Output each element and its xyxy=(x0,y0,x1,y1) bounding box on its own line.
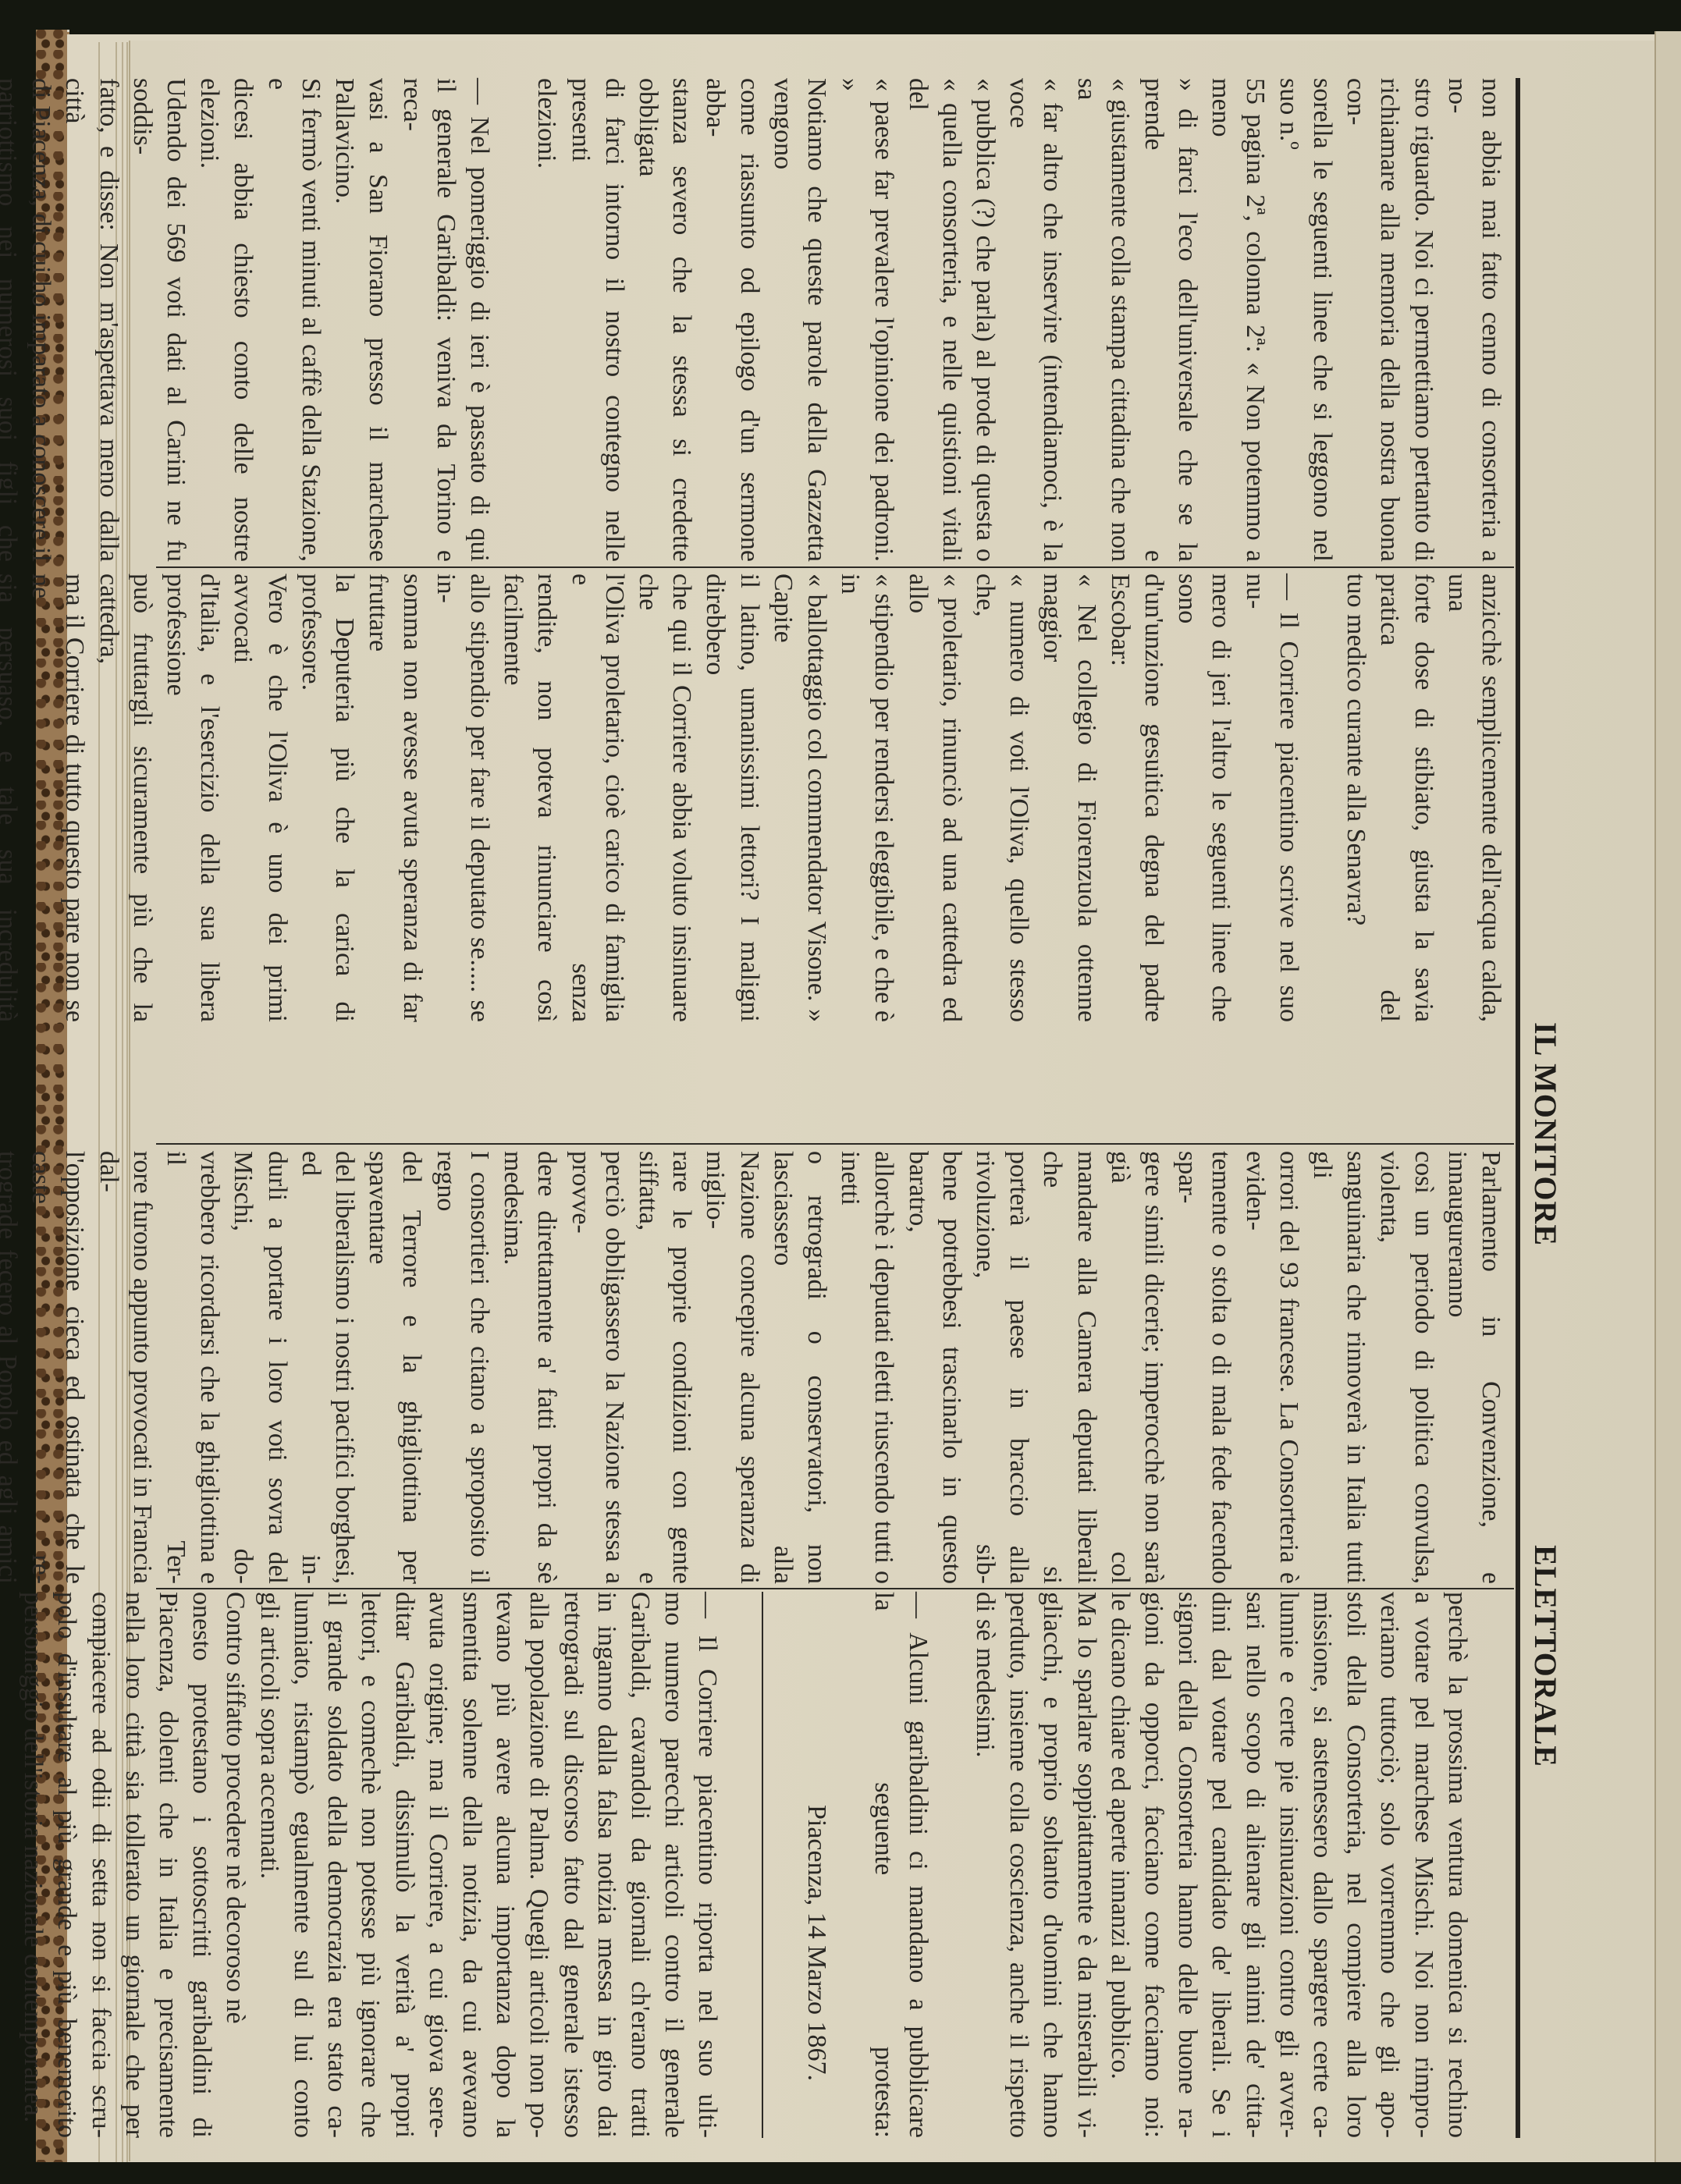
rotated-newspaper-sheet: IL MONITORE ELETTORALE non abbia mai fat… xyxy=(133,47,1569,2154)
running-header: IL MONITORE ELETTORALE xyxy=(1522,78,1569,2138)
text-line: — Nel pomeriggio di ieri è passato di qu… xyxy=(463,78,496,562)
text-line: sari nello scopo di alienare gli animi d… xyxy=(1238,1592,1271,2138)
text-line: orrori del 93 francese. La Consorteria è… xyxy=(1238,1151,1305,1584)
column-4-protest: — Il Corriere piacentino riporta nel suo… xyxy=(16,1592,724,2138)
text-line: sia persuaso, e tale sua incredulità vor… xyxy=(0,574,24,1022)
text-line: Piacenza, dolenti che in Italia e precis… xyxy=(151,1592,185,2138)
text-line: a votare pel marchese Mischi. Noi non ri… xyxy=(1406,1592,1440,2138)
column-3: Parlamento in Convenzione, e innaugurera… xyxy=(0,1151,1508,1584)
text-line: fatto, e disse: Non m'aspettava meno dal… xyxy=(58,78,125,562)
text-line: « quella consorteria, e nelle quistioni … xyxy=(901,78,968,562)
text-line: anzicchè semplicemente dell'acqua calda,… xyxy=(1441,574,1508,1022)
text-line: lunniato, ristampò egualmente sul di lui… xyxy=(286,1592,320,2138)
text-line: retrogradi sul discorso fatto dal genera… xyxy=(556,1592,589,2138)
text-line: in inganno dalla falsa notizia messa in … xyxy=(590,1592,624,2138)
text-line: gliacchi, e proprio soltanto d'uomini ch… xyxy=(1036,1592,1069,2138)
text-line: elezioni. xyxy=(530,78,563,562)
text-line: ditar Garibaldi, dissimulò la verità a' … xyxy=(387,1592,421,2138)
text-line: nella loro città sia tollerato un giorna… xyxy=(118,1592,151,2138)
text-line: Nazione concepire alcuna speranza di mig… xyxy=(698,1151,766,1584)
text-line: « pubblica (?) che parla) al prode di qu… xyxy=(968,78,1002,562)
text-line: lettori, e comechè non potesse più ignor… xyxy=(354,1592,387,2138)
text-line: il grande soldato della democrazia era s… xyxy=(320,1592,354,2138)
text-line: d'Italia, e l'esercizio della sua libera… xyxy=(159,574,226,1022)
text-line: Vero è che l'Oliva è uno dei primi avvoc… xyxy=(226,574,293,1022)
text-line: il latino, umanissimi lettori? I maligni… xyxy=(698,574,766,1022)
text-line: « paese far prevalere l'opinione dei pad… xyxy=(833,78,901,562)
text-line: — Il Corriere piacentino riporta nel suo… xyxy=(691,1592,724,2138)
column-4: perchè la prossima ventura domenica si r… xyxy=(0,1592,1508,2138)
text-line: ma il Corriere di tutto questo pare non … xyxy=(24,574,91,1022)
dateline: Piacenza, 14 Marzo 1867. xyxy=(800,1592,833,2138)
text-line: smentita solenne della notizia, da cui a… xyxy=(455,1592,489,2138)
column-rule xyxy=(156,566,1514,568)
text-line: — Alcuni garibaldini ci mandano a pubbli… xyxy=(901,1592,934,2138)
text-line: gioni da opporci, facciano come facciamo… xyxy=(1137,1592,1171,2138)
text-line xyxy=(496,78,530,562)
text-line: gere simili dicerie; imperocchè non sarà… xyxy=(1103,1151,1171,1584)
text-line: mo numero parecchi articoli contro il ge… xyxy=(657,1592,691,2138)
text-line: avuta origine; ma il Corriere, a cui gio… xyxy=(421,1592,455,2138)
text-line: perduto, insieme colla coscienza, anche … xyxy=(1002,1592,1036,2138)
text-line: vasi a San Fiorano presso il marchese Pa… xyxy=(328,78,395,562)
text-line: Udendo dei 569 voti dati al Carini ne fu… xyxy=(126,78,193,562)
text-line: sanguinaria che rinnoverà in Italia tutt… xyxy=(1306,1151,1373,1584)
text-line: perchè la prossima ventura domenica si r… xyxy=(1441,1592,1474,2138)
text-line: « ballottaggio col commendator Visone. »… xyxy=(766,574,833,1022)
text-line: o retrogradi o conservatori, non lascias… xyxy=(766,1151,833,1584)
text-line: Parlamento in Convenzione, e innaugurera… xyxy=(1441,1151,1508,1584)
text-line: compiacere ad odii di setta non si facci… xyxy=(84,1592,117,2138)
text-line: d'un'unzione gesuitica degna del padre E… xyxy=(1103,574,1171,1022)
text-line: stanza severo che la stessa si credette … xyxy=(631,78,698,562)
text-line: mandare alla Camera deputati liberali ch… xyxy=(1036,1151,1103,1584)
text-line: « far altro che inservire (intendiamoci,… xyxy=(1002,78,1069,562)
text-line: alla popolazione di Palma. Quegli artico… xyxy=(522,1592,556,2138)
text-line: forte dose di stibiato, giusta la savia … xyxy=(1373,574,1440,1022)
text-line: allo stipendio per fare il deputato se..… xyxy=(429,574,496,1022)
text-line: sorella le seguenti linee che si leggono… xyxy=(1272,78,1339,562)
header-rule xyxy=(1516,78,1520,2138)
text-line: durli a portare i loro voti sovra del Mi… xyxy=(226,1151,293,1584)
text-line: temente o stolta o di mala fede facendo … xyxy=(1171,1151,1238,1584)
text-line: rare le proprie condizioni con gente sif… xyxy=(631,1151,698,1584)
text-line: Ma lo sparlare soppiattamente è da miser… xyxy=(1069,1592,1103,2138)
text-line xyxy=(935,1592,968,2138)
column-4-text: perchè la prossima ventura domenica si r… xyxy=(867,1592,1474,2138)
text-line: stro riguardo. Noi ci permettiamo pertan… xyxy=(1406,78,1440,562)
text-line: le dicano chiare ed aperte innanzi al pu… xyxy=(1103,1592,1137,2138)
text-line: richiamare alla memoria della nostra buo… xyxy=(1339,78,1406,562)
text-line: onesto protestano i sottoscritti garibal… xyxy=(185,1592,219,2138)
text-line: il generale Garibaldi: veniva da Torino … xyxy=(395,78,462,562)
text-line: l'opposizione cieca ed ostinata che le c… xyxy=(24,1151,91,1584)
text-line: « giustamente colla stampa cittadina che… xyxy=(1069,78,1136,562)
text-line: la Deputeria più che la carica di profes… xyxy=(294,574,361,1022)
header-title-right: ELETTORALE xyxy=(1527,1545,1564,1767)
column-2: anzicchè semplicemente dell'acqua calda,… xyxy=(0,574,1508,1022)
text-line: di Piacenza, di cui ho imparato a conosc… xyxy=(24,78,58,562)
text-line: signori della Consorteria hanno delle bu… xyxy=(1171,1592,1204,2138)
text-line: » di farci l'eco dell'universale che se … xyxy=(1137,78,1204,562)
text-line: come riassunto od epilogo d'un sermone a… xyxy=(698,78,766,562)
column-1: non abbia mai fatto cenno di consorteria… xyxy=(0,78,1508,562)
column-rule xyxy=(156,1143,1514,1145)
text-line: perciò obbligassero la Nazione stessa a … xyxy=(563,1151,631,1584)
text-line: Garibaldi, cavandoli da giornali ch'eran… xyxy=(624,1592,657,2138)
text-line: del Terrore e la ghigliottina per spaven… xyxy=(361,1151,428,1584)
scan-background xyxy=(0,2162,1681,2184)
text-line: « Nel collegio di Fiorenzuola ottenne ma… xyxy=(1036,574,1103,1022)
text-line: può fruttargli sicuramente più che la ca… xyxy=(91,574,158,1022)
text-line: veriamo tuttociò; solo vorremmo che gli … xyxy=(1373,1592,1406,2138)
text-line: la seguente protesta: xyxy=(867,1592,901,2138)
facing-page-edge xyxy=(1654,31,1681,2169)
text-line xyxy=(1306,574,1339,1022)
text-line: « stipendio per rendersi eleggibile, e c… xyxy=(833,574,901,1022)
text-line: — Il Corriere piacentino scrive nel suo … xyxy=(1238,574,1305,1022)
text-line: Contro siffatto procedere nè decoroso nè xyxy=(219,1592,252,2138)
text-line: missione, si astenessero dallo spargere … xyxy=(1306,1592,1339,2138)
text-line: lunnie e certe pie insinuazioni contro g… xyxy=(1272,1592,1306,2138)
text-line: vrebbero ricordarsi che la ghigliottina … xyxy=(159,1151,226,1584)
text-line: di farci intorno il nostro contegno nell… xyxy=(563,78,631,562)
text-line: tuo medico curante alla Senavra? xyxy=(1339,574,1373,1022)
text-line: trograde fecero al Popolo ed agli amici … xyxy=(0,1151,24,1584)
header-title-left: IL MONITORE xyxy=(1527,1022,1564,1246)
text-line: « proletario, rinunciò ad una cattedra e… xyxy=(901,574,968,1022)
text-line: Si fermò venti minuti al caffè della Sta… xyxy=(261,78,328,562)
text-line: somma non avesse avuta speranza di far f… xyxy=(361,574,428,1022)
text-line: mero di jeri l'altro le seguenti linee c… xyxy=(1171,574,1238,1022)
text-line: rendite, non poteva rinunciare così faci… xyxy=(496,574,563,1022)
text-line: 55 pagina 2ª, colonna 2ª: « Non potemmo … xyxy=(1204,78,1271,562)
text-line: l'Oliva proletario, cioè carico di famig… xyxy=(563,574,631,1022)
text-line: I consortieri che citano a sproposito il… xyxy=(429,1151,496,1584)
text-line: gli articoli sopra accennati. xyxy=(253,1592,286,2138)
text-line: dini dal votare pel candidato de' libera… xyxy=(1204,1592,1238,2138)
text-line: Notiamo che queste parole della Gazzetta… xyxy=(766,78,833,562)
text-line: patriottismo nei numerosi suoi figli che… xyxy=(0,78,24,562)
column-rule xyxy=(156,1588,1514,1589)
text-line: porterà il paese in braccio alla rivoluz… xyxy=(968,1151,1036,1584)
text-line: così un periodo di politica convulsa, vi… xyxy=(1373,1151,1440,1584)
text-line: non abbia mai fatto cenno di consorteria… xyxy=(1441,78,1508,562)
text-line: bene potrebbesi trascinarlo in questo ba… xyxy=(901,1151,968,1584)
text-line: dicesi abbia chiesto conto delle nostre … xyxy=(193,78,260,562)
text-line: tevano più avere alcuna importanza dopo … xyxy=(489,1592,522,2138)
text-line: del liberalismo i nostri pacifici borghe… xyxy=(294,1151,361,1584)
text-line: polo d'insultare al più grande e più ben… xyxy=(50,1592,84,2138)
section-rule xyxy=(762,1592,763,2138)
text-line: dere direttamente a' fatti propri da sè … xyxy=(496,1151,563,1584)
text-line: rore furono appunto provocati in Francia… xyxy=(91,1151,158,1584)
text-line: stoli della Consorteria, nel compiere al… xyxy=(1339,1592,1373,2138)
text-line: personaggio dell'istoria nazionale conte… xyxy=(16,1592,50,2138)
text-line: allorchè i deputati eletti riuscendo tut… xyxy=(833,1151,901,1584)
text-line: che qui il Corriere abbia voluto insinua… xyxy=(631,574,698,1022)
text-line: di sè medesimi. xyxy=(968,1592,1002,2138)
text-line: « numero di voti l'Oliva, quello stesso … xyxy=(968,574,1036,1022)
